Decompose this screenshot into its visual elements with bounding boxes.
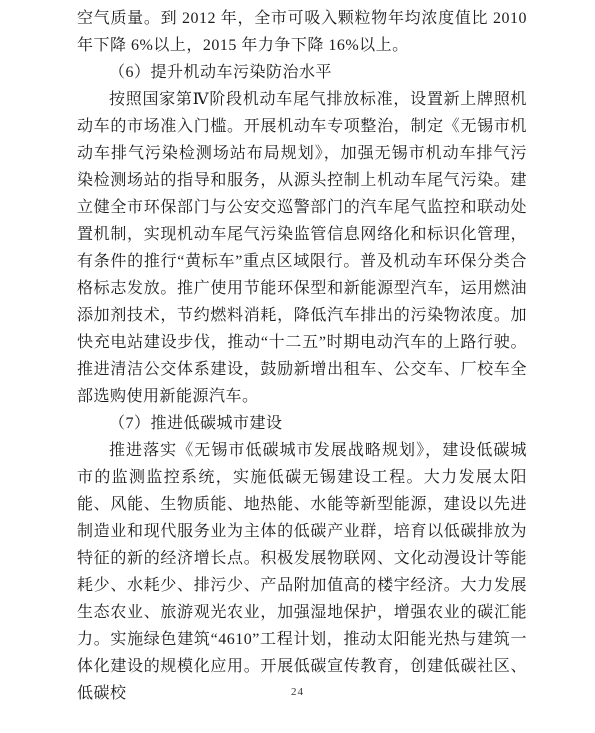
document-page: 空气质量。到 2012 年，全市可吸入颗粒物年均浓度值比 2010 年下降 6%… [0,0,595,733]
page-number: 24 [0,686,595,698]
paragraph-air-quality-continuation: 空气质量。到 2012 年，全市可吸入颗粒物年均浓度值比 2010 年下降 6%… [77,5,527,59]
section-heading-6-vehicle-pollution: （6）提升机动车污染防治水平 [77,59,527,86]
paragraph-low-carbon-city-construction: 推进落实《无锡市低碳城市发展战略规划》，建设低碳城市的监测监控系统，实施低碳无锡… [77,437,527,707]
paragraph-vehicle-pollution-control: 按照国家第Ⅳ阶段机动车尾气排放标准，设置新上牌照机动车的市场准入门槛。开展机动车… [77,86,527,410]
section-heading-7-low-carbon-city: （7）推进低碳城市建设 [77,410,527,437]
